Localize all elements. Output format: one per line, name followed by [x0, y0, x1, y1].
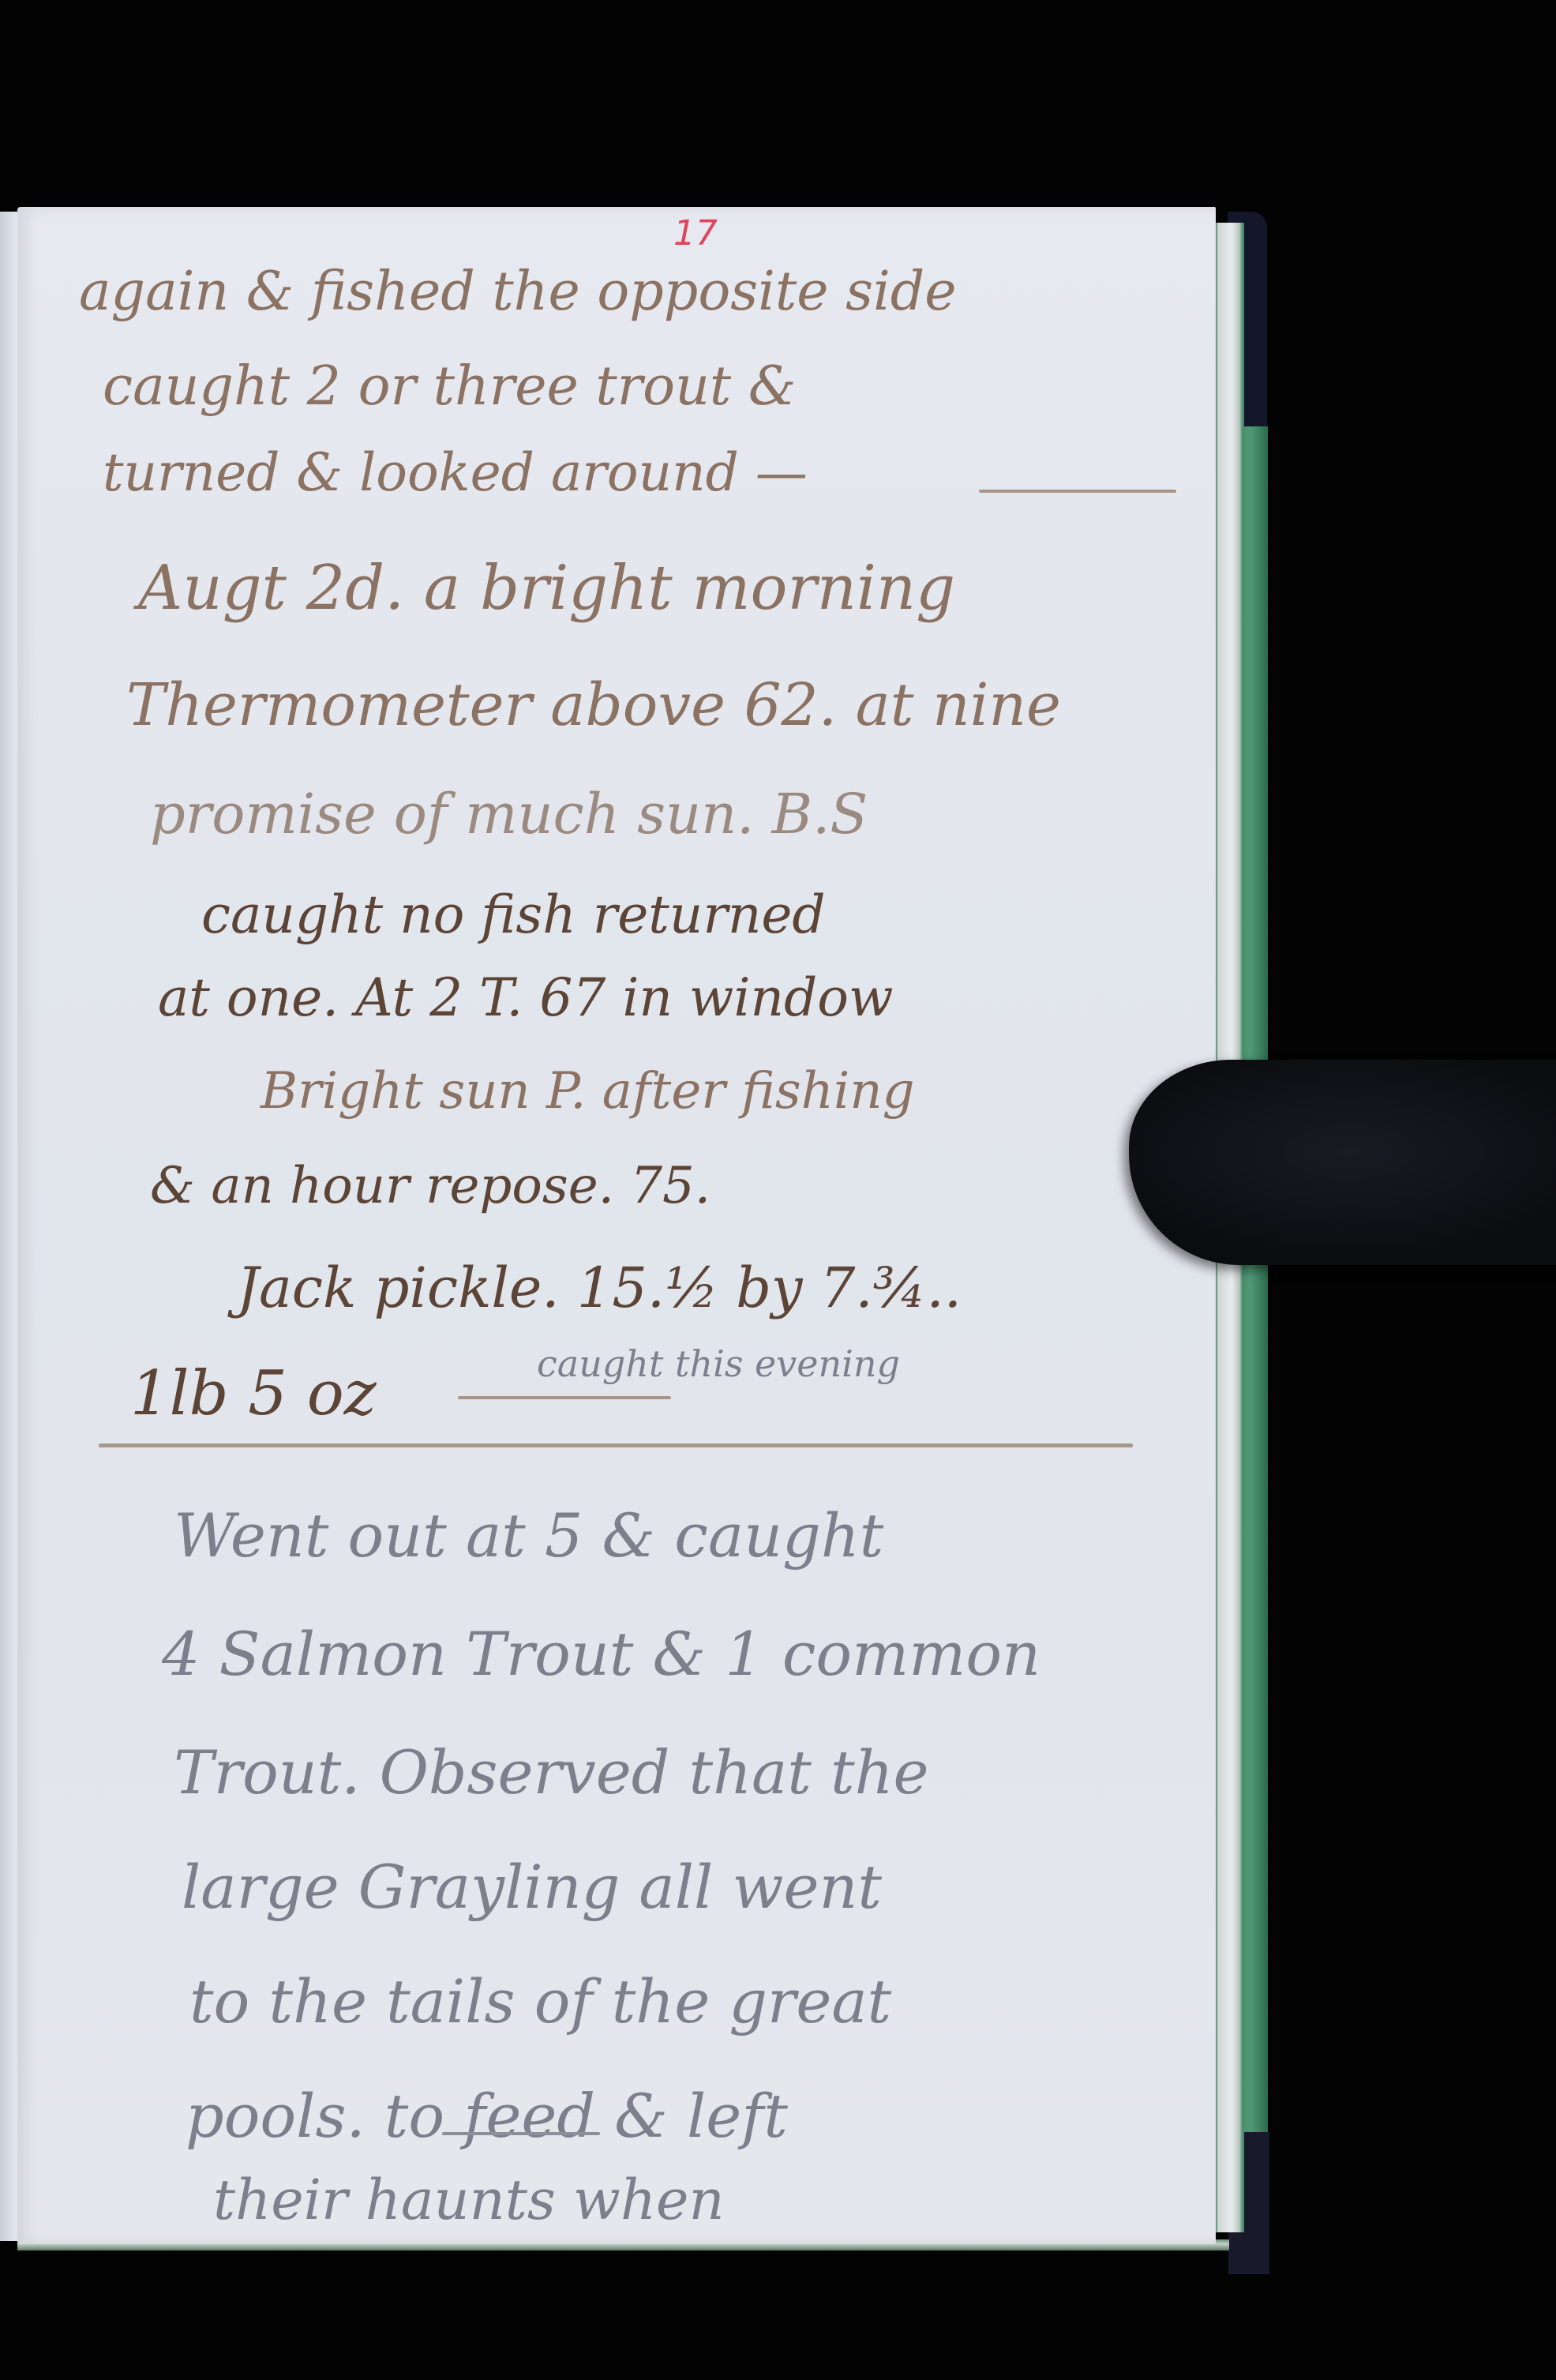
ink-line: turned & looked around —	[103, 442, 808, 503]
pencil-line: Trout. Observed that the	[174, 1737, 929, 1808]
gloved-thumb	[1129, 1060, 1556, 1265]
pencil-line: pools. to feed & left	[186, 2081, 788, 2151]
ink-line: Thermometer above 62. at nine	[126, 671, 1061, 739]
ink-line: Jack pickle. 15.½ by 7.¾..	[237, 1256, 962, 1320]
pencil-line: large Grayling all went	[182, 1852, 882, 1922]
ink-line: Bright sun P. after fishing	[261, 1062, 915, 1121]
underline	[442, 2132, 600, 2135]
page-number: 17	[673, 213, 718, 253]
ink-line: promise of much sun. B.S	[150, 782, 868, 847]
pencil-line: 4 Salmon Trout & 1 common	[162, 1619, 1040, 1689]
date-heading: Augt 2d. a bright morning	[138, 553, 955, 624]
pencil-line: their haunts when	[213, 2168, 725, 2232]
underline	[458, 1396, 671, 1399]
weight-line: 1lb 5 oz	[130, 1358, 377, 1429]
section-divider	[99, 1443, 1133, 1447]
section-rule	[979, 490, 1176, 493]
pencil-annotation: caught this evening	[537, 1342, 900, 1385]
ink-line: at one. At 2 T. 67 in window	[158, 967, 894, 1028]
pencil-line: to the tails of the great	[189, 1966, 891, 2037]
previous-page-edge	[0, 212, 19, 2241]
pencil-line: Went out at 5 & caught	[174, 1500, 883, 1571]
ink-line: again & fished the opposite side	[79, 261, 957, 323]
ink-line: caught 2 or three trout &	[103, 355, 796, 418]
ink-line: caught no fish returned	[201, 884, 826, 945]
ink-line: & an hour repose. 75.	[150, 1157, 711, 1215]
notebook-page	[17, 207, 1216, 2244]
